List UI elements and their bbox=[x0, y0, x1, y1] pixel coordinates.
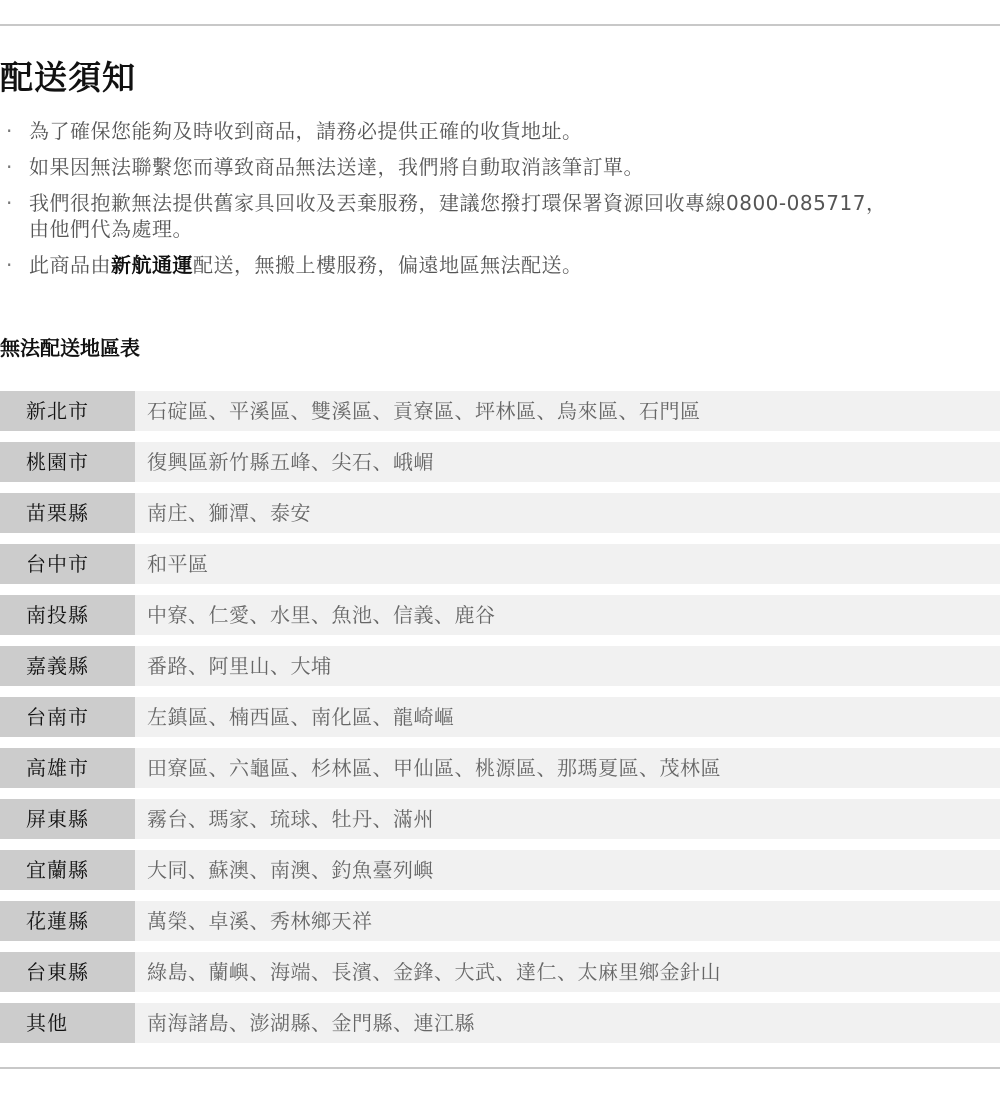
table-row: 宜蘭縣 大同、蘇澳、南澳、釣魚臺列嶼 bbox=[0, 850, 1000, 890]
bullet-icon: · bbox=[6, 118, 13, 144]
note-text: 我們很抱歉無法提供舊家具回收及丟棄服務，建議您撥打環保署資源回收專線0800-0… bbox=[29, 191, 886, 241]
region-name: 台東縣 bbox=[0, 952, 135, 992]
table-row: 新北市 石碇區、平溪區、雙溪區、貢寮區、坪林區、烏來區、石門區 bbox=[0, 391, 1000, 431]
table-row: 台南市 左鎮區、楠西區、南化區、龍崎嶇 bbox=[0, 697, 1000, 737]
region-name: 屏東縣 bbox=[0, 799, 135, 839]
region-areas: 和平區 bbox=[135, 544, 1000, 584]
region-name: 南投縣 bbox=[0, 595, 135, 635]
table-title: 無法配送地區表 bbox=[0, 334, 140, 362]
note-text: 如果因無法聯繫您而導致商品無法送達，我們將自動取消該筆訂單。 bbox=[29, 155, 644, 179]
table-row: 高雄市 田寮區、六龜區、杉林區、甲仙區、桃源區、那瑪夏區、茂林區 bbox=[0, 748, 1000, 788]
region-name: 苗栗縣 bbox=[0, 493, 135, 533]
bullet-icon: · bbox=[6, 252, 13, 278]
region-areas: 復興區新竹縣五峰、尖石、峨嵋 bbox=[135, 442, 1000, 482]
region-name: 新北市 bbox=[0, 391, 135, 431]
bottom-divider bbox=[0, 1067, 1000, 1069]
top-divider bbox=[0, 24, 1000, 26]
region-name: 花蓮縣 bbox=[0, 901, 135, 941]
region-areas: 霧台、瑪家、琉球、牡丹、滿州 bbox=[135, 799, 1000, 839]
table-row: 台東縣 綠島、蘭嶼、海端、長濱、金鋒、大武、達仁、太麻里鄉金針山 bbox=[0, 952, 1000, 992]
note-item: · 如果因無法聯繫您而導致商品無法送達，我們將自動取消該筆訂單。 bbox=[0, 154, 1000, 180]
table-row: 嘉義縣 番路、阿里山、大埔 bbox=[0, 646, 1000, 686]
table-row: 桃園市 復興區新竹縣五峰、尖石、峨嵋 bbox=[0, 442, 1000, 482]
bullet-icon: · bbox=[6, 154, 13, 180]
region-areas: 中寮、仁愛、水里、魚池、信義、鹿谷 bbox=[135, 595, 1000, 635]
region-areas: 綠島、蘭嶼、海端、長濱、金鋒、大武、達仁、太麻里鄉金針山 bbox=[135, 952, 1000, 992]
table-row: 南投縣 中寮、仁愛、水里、魚池、信義、鹿谷 bbox=[0, 595, 1000, 635]
note-item: · 我們很抱歉無法提供舊家具回收及丟棄服務，建議您撥打環保署資源回收專線0800… bbox=[0, 190, 1000, 242]
region-name: 其他 bbox=[0, 1003, 135, 1043]
note-item: · 此商品由新航通運配送，無搬上樓服務，偏遠地區無法配送。 bbox=[0, 252, 1000, 278]
region-areas: 萬榮、卓溪、秀林鄉天祥 bbox=[135, 901, 1000, 941]
note-text: 為了確保您能夠及時收到商品，請務必提供正確的收貨地址。 bbox=[29, 119, 583, 143]
delivery-notes-list: · 為了確保您能夠及時收到商品，請務必提供正確的收貨地址。 · 如果因無法聯繫您… bbox=[0, 118, 1000, 288]
table-row: 台中市 和平區 bbox=[0, 544, 1000, 584]
region-name: 高雄市 bbox=[0, 748, 135, 788]
region-name: 桃園市 bbox=[0, 442, 135, 482]
table-row: 苗栗縣 南庄、獅潭、泰安 bbox=[0, 493, 1000, 533]
region-areas: 大同、蘇澳、南澳、釣魚臺列嶼 bbox=[135, 850, 1000, 890]
region-name: 宜蘭縣 bbox=[0, 850, 135, 890]
region-name: 台中市 bbox=[0, 544, 135, 584]
note-item: · 為了確保您能夠及時收到商品，請務必提供正確的收貨地址。 bbox=[0, 118, 1000, 144]
region-areas: 石碇區、平溪區、雙溪區、貢寮區、坪林區、烏來區、石門區 bbox=[135, 391, 1000, 431]
note-text-before: 此商品由 bbox=[29, 253, 111, 277]
region-areas: 南海諸島、澎湖縣、金門縣、連江縣 bbox=[135, 1003, 1000, 1043]
table-row: 屏東縣 霧台、瑪家、琉球、牡丹、滿州 bbox=[0, 799, 1000, 839]
table-row: 其他 南海諸島、澎湖縣、金門縣、連江縣 bbox=[0, 1003, 1000, 1043]
region-areas: 左鎮區、楠西區、南化區、龍崎嶇 bbox=[135, 697, 1000, 737]
bullet-icon: · bbox=[6, 190, 13, 216]
region-areas: 南庄、獅潭、泰安 bbox=[135, 493, 1000, 533]
region-areas: 田寮區、六龜區、杉林區、甲仙區、桃源區、那瑪夏區、茂林區 bbox=[135, 748, 1000, 788]
table-row: 花蓮縣 萬榮、卓溪、秀林鄉天祥 bbox=[0, 901, 1000, 941]
carrier-name: 新航通運 bbox=[111, 253, 193, 277]
undeliverable-regions-table: 新北市 石碇區、平溪區、雙溪區、貢寮區、坪林區、烏來區、石門區 桃園市 復興區新… bbox=[0, 391, 1000, 1054]
note-text-after: 配送，無搬上樓服務，偏遠地區無法配送。 bbox=[193, 253, 583, 277]
page-title: 配送須知 bbox=[0, 56, 136, 100]
region-name: 台南市 bbox=[0, 697, 135, 737]
region-areas: 番路、阿里山、大埔 bbox=[135, 646, 1000, 686]
region-name: 嘉義縣 bbox=[0, 646, 135, 686]
